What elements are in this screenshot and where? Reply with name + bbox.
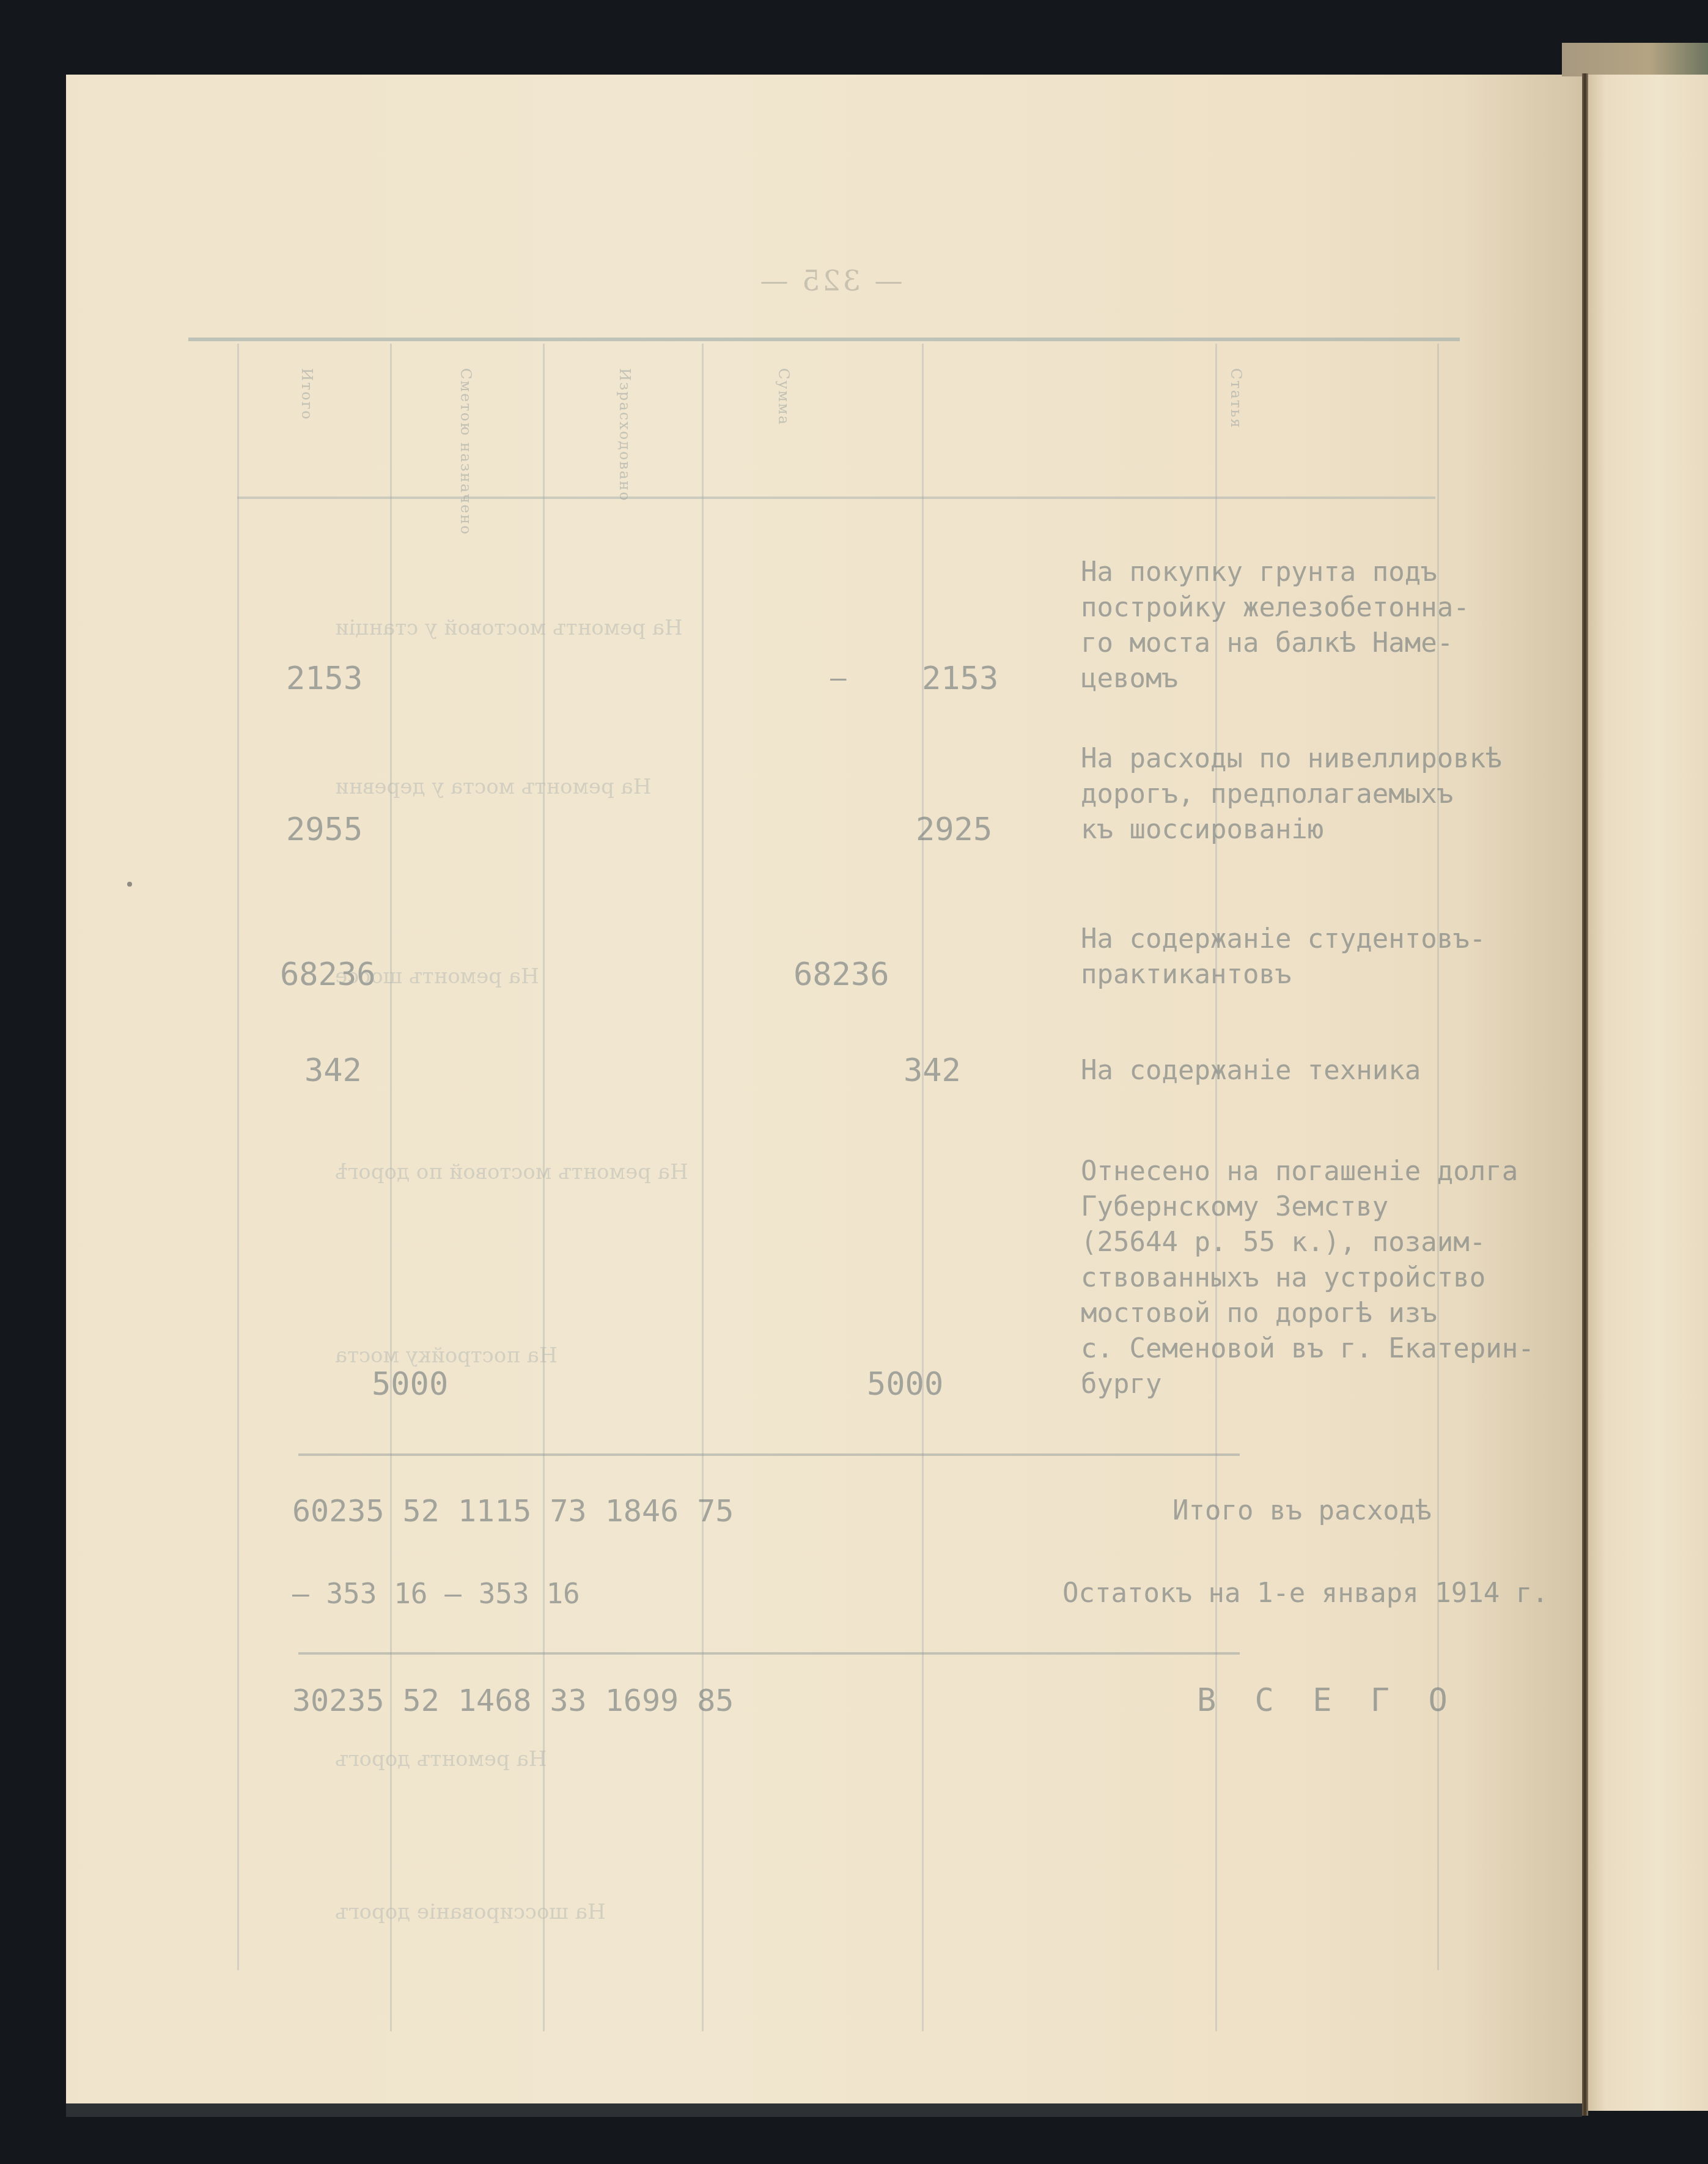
show-through-content: — 325 — Итого Сметою назначено Израсходо… bbox=[66, 75, 1582, 2111]
row-desc-line: ствованныхъ на устройство bbox=[1081, 1260, 1582, 1296]
header-separator bbox=[237, 497, 1435, 499]
summary-values: 30235 52 1468 33 1699 85 bbox=[292, 1683, 734, 1718]
row-desc-line: На расходы по нивеллировкѣ bbox=[1081, 741, 1582, 777]
total: 2153 bbox=[286, 661, 363, 696]
column-header: Итого bbox=[298, 368, 315, 421]
row-desc-line: Отнесено на погашеніе долга bbox=[1081, 1154, 1582, 1189]
column-header: Сметою назначено bbox=[457, 368, 474, 536]
faint-text: На ремонтъ шоссе bbox=[335, 961, 539, 992]
total: 342 bbox=[304, 1053, 362, 1088]
table-row: На содержаніе техника 342 342 bbox=[292, 1053, 1374, 1090]
next-page-top-edge bbox=[1562, 43, 1708, 76]
row-desc-line: На покупку грунта подъ bbox=[1081, 555, 1582, 590]
summary-values: 60235 52 1115 73 1846 75 bbox=[292, 1493, 734, 1529]
paper-speck bbox=[127, 882, 132, 887]
row-desc-line: бургу bbox=[1081, 1367, 1582, 1402]
total-rule bbox=[298, 1652, 1240, 1655]
amount: 5000 bbox=[867, 1367, 943, 1402]
table-row: Отнесено на погашеніе долга Губернскому … bbox=[292, 1154, 1374, 1411]
faint-text: На ремонтъ дорогъ bbox=[335, 1744, 547, 1774]
summary-label: Итого въ расходѣ bbox=[1172, 1493, 1432, 1529]
faint-text: На шоссированіе дорогъ bbox=[335, 1897, 606, 1927]
row-desc-line: дорогъ, предполагаемыхъ bbox=[1081, 777, 1582, 812]
row-desc-line: цевомъ bbox=[1081, 661, 1582, 696]
row-desc-line: На содержаніе техника bbox=[1081, 1053, 1582, 1088]
amount: 2925 bbox=[916, 812, 992, 848]
summary-row: В С Е Г О 30235 52 1468 33 1699 85 bbox=[292, 1683, 1374, 1719]
page-bottom-edge bbox=[66, 2103, 1582, 2117]
column-header: Израсходовано bbox=[616, 368, 633, 502]
book-page: — 325 — Итого Сметою назначено Израсходо… bbox=[66, 75, 1582, 2111]
summary-label: Остатокъ на 1-е января 1914 г. bbox=[1062, 1576, 1548, 1611]
amount: 68236 bbox=[793, 957, 889, 992]
column-header: Сумма bbox=[775, 368, 792, 426]
summary-values: — 353 16 — 353 16 bbox=[292, 1576, 580, 1611]
summary-row: Остатокъ на 1-е января 1914 г. — 353 16 … bbox=[292, 1576, 1374, 1612]
adjacent-page bbox=[1583, 75, 1708, 2111]
amount: 2153 bbox=[922, 661, 998, 696]
summary-row: Итого въ расходѣ 60235 52 1115 73 1846 7… bbox=[292, 1493, 1374, 1530]
row-desc-line: На содержаніе студентовъ- bbox=[1081, 921, 1582, 957]
summary-label: В С Е Г О bbox=[1197, 1683, 1457, 1718]
dash: — bbox=[830, 661, 847, 696]
row-desc-line: практикантовъ bbox=[1081, 957, 1582, 992]
row-desc-line: постройку железобетонна- bbox=[1081, 590, 1582, 626]
row-desc-line: къ шоссированію bbox=[1081, 812, 1582, 848]
column-header: Статья bbox=[1228, 368, 1245, 429]
header-rule bbox=[188, 338, 1460, 341]
page-number: — 325 — bbox=[708, 264, 952, 297]
page-gutter bbox=[1582, 73, 1588, 2116]
total: 2955 bbox=[286, 812, 363, 848]
faint-text: На постройку моста bbox=[335, 1340, 558, 1371]
faint-text: На ремонтъ мостовой у станціи bbox=[335, 613, 683, 643]
total: 5000 bbox=[372, 1367, 448, 1402]
row-desc-line: (25644 р. 55 к.), позаим- bbox=[1081, 1225, 1582, 1260]
total-rule bbox=[298, 1453, 1240, 1456]
row-desc-line: Губернскому Земству bbox=[1081, 1189, 1582, 1225]
row-desc-line: с. Семеновой въ г. Екатерин- bbox=[1081, 1331, 1582, 1367]
row-desc-line: мостовой по дорогѣ изъ bbox=[1081, 1296, 1582, 1331]
amount: 342 bbox=[904, 1053, 961, 1088]
faint-text: На ремонтъ мостовой по дорогѣ bbox=[335, 1157, 688, 1187]
faint-text: На ремонтъ моста у деревни bbox=[335, 772, 652, 802]
row-desc-line: го моста на балкѣ Наме- bbox=[1081, 626, 1582, 661]
